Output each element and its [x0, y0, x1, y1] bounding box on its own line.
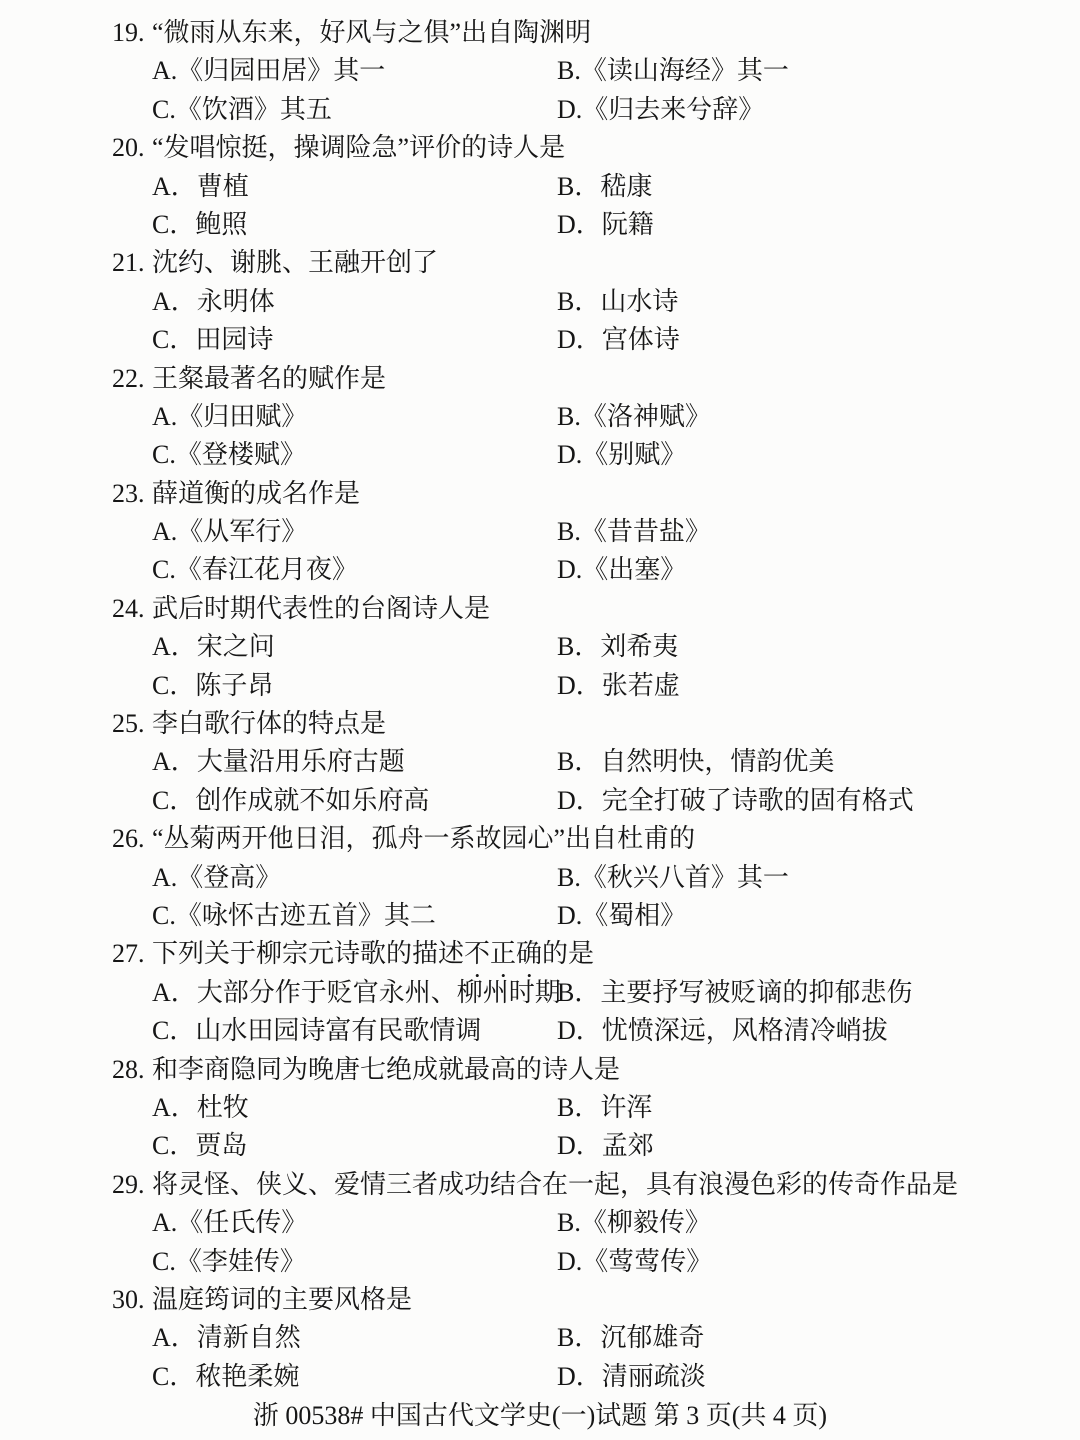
question-stem-row: 26. “丛菊两开他日泪，孤舟一系故园心”出自杜甫的: [0, 820, 1080, 858]
option-label: C．: [152, 210, 195, 239]
option-label: A.: [152, 863, 177, 892]
question-list: 19. “微雨从东来，好风与之俱”出自陶渊明 A.《归园田居》其一 B.《读山海…: [0, 14, 1080, 1396]
option-label: C．: [152, 325, 195, 354]
option-c: C.《春江花月夜》: [152, 551, 557, 589]
option-d: D.《蜀相》: [557, 897, 1080, 935]
option-label: B．: [557, 1323, 600, 1352]
option-b: B.《洛神赋》: [557, 398, 1080, 436]
option-label: A．: [152, 632, 197, 661]
option-grid: A.《归田赋》 B.《洛神赋》 C.《登楼赋》 D.《别赋》: [0, 398, 1080, 475]
option-c: C．陈子昂: [152, 667, 557, 705]
option-grid: A.《任氏传》 B.《柳毅传》 C.《李娃传》 D.《莺莺传》: [0, 1204, 1080, 1281]
option-label: A.: [152, 402, 177, 431]
option-text: 《任氏传》: [177, 1208, 307, 1237]
option-grid: A．清新自然 B．沉郁雄奇 C．秾艳柔婉 D．清丽疏淡: [0, 1319, 1080, 1396]
question-block: 22. 王粲最著名的赋作是 A.《归田赋》 B.《洛神赋》 C.《登楼赋》 D.…: [0, 360, 1080, 475]
option-text: 田园诗: [195, 325, 273, 354]
option-c: C．贾岛: [152, 1127, 557, 1165]
option-grid: A．曹植 B．嵇康 C．鲍照 D．阮籍: [0, 168, 1080, 245]
option-label: B．: [557, 632, 600, 661]
option-label: B.: [557, 1208, 581, 1237]
question-block: 25. 李白歌行体的特点是 A．大量沿用乐府古题 B．自然明快，情韵优美 C．创…: [0, 705, 1080, 820]
option-label: C.: [152, 440, 176, 469]
option-c: C.《李娃传》: [152, 1243, 557, 1281]
option-label: D．: [557, 671, 602, 700]
option-text: 《昔昔盐》: [581, 517, 711, 546]
question-block: 19. “微雨从东来，好风与之俱”出自陶渊明 A.《归园田居》其一 B.《读山海…: [0, 14, 1080, 129]
option-text: 《读山海经》其一: [581, 56, 789, 85]
option-label: D．: [557, 325, 602, 354]
option-c: C.《登楼赋》: [152, 436, 557, 474]
option-text: 陈子昂: [195, 671, 273, 700]
option-text: 曹植: [197, 172, 249, 201]
stem-text: 和李商隐同为晚唐七绝成就最高的诗人是: [152, 1055, 620, 1084]
option-label: D.: [557, 95, 582, 124]
question-stem-row: 30. 温庭筠词的主要风格是: [0, 1281, 1080, 1319]
option-text: 杜牧: [197, 1093, 249, 1122]
option-b: B．沉郁雄奇: [557, 1319, 1080, 1357]
option-c: C．山水田园诗富有民歌情调: [152, 1012, 557, 1050]
option-d: D.《别赋》: [557, 436, 1080, 474]
option-label: B.: [557, 517, 581, 546]
option-label: D.: [557, 1247, 582, 1276]
option-b: B.《昔昔盐》: [557, 513, 1080, 551]
option-c: C.《饮酒》其五: [152, 91, 557, 129]
option-label: A.: [152, 517, 177, 546]
option-text: 《归去来兮辞》: [582, 95, 764, 124]
stem-text: 武后时期代表性的台阁诗人是: [152, 594, 490, 623]
option-a: A．永明体: [152, 283, 557, 321]
option-text: 主要抒写被贬谪的抑郁悲伤: [600, 978, 912, 1007]
stem-text: 温庭筠词的主要风格是: [152, 1285, 412, 1314]
question-stem-row: 25. 李白歌行体的特点是: [0, 705, 1080, 743]
option-text: 《从军行》: [177, 517, 307, 546]
question-stem-row: 29. 将灵怪、侠义、爱情三者成功结合在一起，具有浪漫色彩的传奇作品是: [0, 1166, 1080, 1204]
stem-text: “微雨从东来，好风与之俱”出自陶渊明: [152, 18, 591, 47]
option-text: 孟郊: [602, 1131, 654, 1160]
option-label: A．: [152, 287, 197, 316]
stem-text: 下列关于柳宗元诗歌的描述: [152, 939, 464, 968]
option-text: 《归园田居》其一: [177, 56, 385, 85]
question-stem-row: 21. 沈约、谢朓、王融开创了: [0, 244, 1080, 282]
question-block: 24. 武后时期代表性的台阁诗人是 A．宋之问 B．刘希夷 C．陈子昂 D．张若…: [0, 590, 1080, 705]
option-d: D．忧愤深远，风格清冷峭拔: [557, 1012, 1080, 1050]
option-text: 《莺莺传》: [582, 1247, 712, 1276]
option-text: 《咏怀古迹五首》其二: [176, 901, 436, 930]
option-grid: A．大量沿用乐府古题 B．自然明快，情韵优美 C．创作成就不如乐府高 D．完全打…: [0, 743, 1080, 820]
option-label: C.: [152, 1247, 176, 1276]
option-grid: A．宋之问 B．刘希夷 C．陈子昂 D．张若虚: [0, 628, 1080, 705]
option-a: A．大量沿用乐府古题: [152, 743, 557, 781]
option-label: C．: [152, 1362, 195, 1391]
option-grid: A．永明体 B．山水诗 C．田园诗 D．宫体诗: [0, 283, 1080, 360]
option-text: 宫体诗: [602, 325, 680, 354]
option-d: D.《归去来兮辞》: [557, 91, 1080, 129]
footer-text: 浙 00538# 中国古代文学史(一)试题 第 3 页(共 4 页): [253, 1401, 827, 1430]
option-d: D．完全打破了诗歌的固有格式: [557, 782, 1080, 820]
option-text: 《蜀相》: [582, 901, 686, 930]
option-a: A．宋之问: [152, 628, 557, 666]
option-label: B.: [557, 56, 581, 85]
option-label: C.: [152, 95, 176, 124]
option-label: B.: [557, 402, 581, 431]
option-text: 秾艳柔婉: [195, 1362, 299, 1391]
stem-text: 王粲最著名的赋作是: [152, 364, 386, 393]
option-b: B．主要抒写被贬谪的抑郁悲伤: [557, 974, 1080, 1012]
option-text: 山水田园诗富有民歌情调: [195, 1016, 481, 1045]
stem-tail-text: 的是: [542, 939, 594, 968]
stem-emphasized-text: 不正确: [464, 939, 542, 968]
option-text: 《秋兴八首》其一: [581, 863, 789, 892]
question-number: 21.: [112, 244, 152, 282]
option-label: C.: [152, 901, 176, 930]
question-block: 29. 将灵怪、侠义、爱情三者成功结合在一起，具有浪漫色彩的传奇作品是 A.《任…: [0, 1166, 1080, 1281]
option-grid: A．大部分作于贬官永州、柳州时期 B．主要抒写被贬谪的抑郁悲伤 C．山水田园诗富…: [0, 974, 1080, 1051]
option-grid: A．杜牧 B．许浑 C．贾岛 D．孟郊: [0, 1089, 1080, 1166]
option-text: 永明体: [197, 287, 275, 316]
question-stem-row: 19. “微雨从东来，好风与之俱”出自陶渊明: [0, 14, 1080, 52]
option-d: D．阮籍: [557, 206, 1080, 244]
option-c: C．田园诗: [152, 321, 557, 359]
question-number: 20.: [112, 129, 152, 167]
option-text: 《洛神赋》: [581, 402, 711, 431]
question-block: 23. 薛道衡的成名作是 A.《从军行》 B.《昔昔盐》 C.《春江花月夜》 D…: [0, 475, 1080, 590]
option-label: B．: [557, 978, 600, 1007]
option-b: B.《柳毅传》: [557, 1204, 1080, 1242]
option-b: B．许浑: [557, 1089, 1080, 1127]
option-text: 张若虚: [602, 671, 680, 700]
option-label: C．: [152, 786, 195, 815]
question-stem-row: 23. 薛道衡的成名作是: [0, 475, 1080, 513]
option-label: D.: [557, 440, 582, 469]
option-text: 清丽疏淡: [602, 1362, 706, 1391]
option-label: A.: [152, 1208, 177, 1237]
option-text: 山水诗: [600, 287, 678, 316]
question-block: 27. 下列关于柳宗元诗歌的描述不正确的是 A．大部分作于贬官永州、柳州时期 B…: [0, 935, 1080, 1050]
option-label: A．: [152, 172, 197, 201]
option-text: 《春江花月夜》: [176, 555, 358, 584]
question-number: 19.: [112, 14, 152, 52]
option-label: C．: [152, 671, 195, 700]
question-stem-row: 20. “发唱惊挺，操调险急”评价的诗人是: [0, 129, 1080, 167]
stem-text: 李白歌行体的特点是: [152, 709, 386, 738]
option-text: 大部分作于贬官永州、柳州时期: [197, 978, 561, 1007]
option-text: 鲍照: [195, 210, 247, 239]
option-a: A．曹植: [152, 168, 557, 206]
option-text: 清新自然: [197, 1323, 301, 1352]
option-a: A.《登高》: [152, 859, 557, 897]
option-text: 《登高》: [177, 863, 281, 892]
option-d: D．宫体诗: [557, 321, 1080, 359]
option-text: 沉郁雄奇: [600, 1323, 704, 1352]
option-label: B.: [557, 863, 581, 892]
question-number: 25.: [112, 705, 152, 743]
question-number: 24.: [112, 590, 152, 628]
option-b: B.《秋兴八首》其一: [557, 859, 1080, 897]
option-d: D．孟郊: [557, 1127, 1080, 1165]
option-label: D．: [557, 210, 602, 239]
stem-text: “发唱惊挺，操调险急”评价的诗人是: [152, 133, 565, 162]
option-c: C．秾艳柔婉: [152, 1358, 557, 1396]
option-label: A.: [152, 56, 177, 85]
option-b: B．自然明快，情韵优美: [557, 743, 1080, 781]
option-grid: A.《登高》 B.《秋兴八首》其一 C.《咏怀古迹五首》其二 D.《蜀相》: [0, 859, 1080, 936]
option-grid: A.《从军行》 B.《昔昔盐》 C.《春江花月夜》 D.《出塞》: [0, 513, 1080, 590]
option-text: 完全打破了诗歌的固有格式: [602, 786, 914, 815]
option-text: 阮籍: [602, 210, 654, 239]
option-c: C．鲍照: [152, 206, 557, 244]
option-label: D．: [557, 1131, 602, 1160]
option-b: B．嵇康: [557, 168, 1080, 206]
option-label: C．: [152, 1016, 195, 1045]
option-text: 《归田赋》: [177, 402, 307, 431]
question-number: 29.: [112, 1166, 152, 1204]
option-a: A.《任氏传》: [152, 1204, 557, 1242]
stem-text: 将灵怪、侠义、爱情三者成功结合在一起，具有浪漫色彩的传奇作品是: [152, 1170, 958, 1199]
option-a: A.《从军行》: [152, 513, 557, 551]
question-block: 20. “发唱惊挺，操调险急”评价的诗人是 A．曹植 B．嵇康 C．鲍照 D．阮…: [0, 129, 1080, 244]
question-block: 30. 温庭筠词的主要风格是 A．清新自然 B．沉郁雄奇 C．秾艳柔婉 D．清丽…: [0, 1281, 1080, 1396]
option-label: D．: [557, 786, 602, 815]
option-label: A．: [152, 1323, 197, 1352]
option-text: 嵇康: [600, 172, 652, 201]
question-stem-row: 27. 下列关于柳宗元诗歌的描述不正确的是: [0, 935, 1080, 973]
question-block: 26. “丛菊两开他日泪，孤舟一系故园心”出自杜甫的 A.《登高》 B.《秋兴八…: [0, 820, 1080, 935]
option-d: D．张若虚: [557, 667, 1080, 705]
question-number: 28.: [112, 1051, 152, 1089]
question-block: 28. 和李商隐同为晚唐七绝成就最高的诗人是 A．杜牧 B．许浑 C．贾岛 D．…: [0, 1051, 1080, 1166]
stem-text: “丛菊两开他日泪，孤舟一系故园心”出自杜甫的: [152, 824, 695, 853]
option-label: C.: [152, 555, 176, 584]
option-c: C.《咏怀古迹五首》其二: [152, 897, 557, 935]
option-text: 刘希夷: [600, 632, 678, 661]
question-number: 22.: [112, 360, 152, 398]
option-a: A．清新自然: [152, 1319, 557, 1357]
option-text: 《登楼赋》: [176, 440, 306, 469]
option-a: A.《归田赋》: [152, 398, 557, 436]
option-text: 《饮酒》其五: [176, 95, 332, 124]
option-a: A.《归园田居》其一: [152, 52, 557, 90]
question-number: 30.: [112, 1281, 152, 1319]
stem-text: 沈约、谢朓、王融开创了: [152, 248, 438, 277]
option-text: 许浑: [600, 1093, 652, 1122]
option-text: 《别赋》: [582, 440, 686, 469]
option-text: 大量沿用乐府古题: [197, 747, 405, 776]
question-number: 27.: [112, 935, 152, 973]
page-footer: 浙 00538# 中国古代文学史(一)试题 第 3 页(共 4 页): [0, 1396, 1080, 1436]
option-text: 自然明快，情韵优美: [600, 747, 834, 776]
option-text: 贾岛: [195, 1131, 247, 1160]
question-number: 26.: [112, 820, 152, 858]
option-text: 《李娃传》: [176, 1247, 306, 1276]
option-text: 《出塞》: [582, 555, 686, 584]
stem-text: 薛道衡的成名作是: [152, 479, 360, 508]
option-a: A．大部分作于贬官永州、柳州时期: [152, 974, 557, 1012]
option-grid: A.《归园田居》其一 B.《读山海经》其一 C.《饮酒》其五 D.《归去来兮辞》: [0, 52, 1080, 129]
option-label: B．: [557, 287, 600, 316]
option-d: D.《莺莺传》: [557, 1243, 1080, 1281]
option-c: C．创作成就不如乐府高: [152, 782, 557, 820]
option-label: A．: [152, 747, 197, 776]
option-b: B.《读山海经》其一: [557, 52, 1080, 90]
option-label: B．: [557, 1093, 600, 1122]
option-label: A．: [152, 1093, 197, 1122]
question-number: 23.: [112, 475, 152, 513]
exam-page: 19. “微雨从东来，好风与之俱”出自陶渊明 A.《归园田居》其一 B.《读山海…: [0, 0, 1080, 1440]
option-label: D.: [557, 555, 582, 584]
option-b: B．山水诗: [557, 283, 1080, 321]
question-stem-row: 22. 王粲最著名的赋作是: [0, 360, 1080, 398]
option-text: 忧愤深远，风格清冷峭拔: [602, 1016, 888, 1045]
option-a: A．杜牧: [152, 1089, 557, 1127]
option-d: D.《出塞》: [557, 551, 1080, 589]
option-label: B．: [557, 747, 600, 776]
option-label: B．: [557, 172, 600, 201]
option-label: C．: [152, 1131, 195, 1160]
question-block: 21. 沈约、谢朓、王融开创了 A．永明体 B．山水诗 C．田园诗 D．宫体诗: [0, 244, 1080, 359]
option-label: D．: [557, 1016, 602, 1045]
option-b: B．刘希夷: [557, 628, 1080, 666]
option-text: 创作成就不如乐府高: [195, 786, 429, 815]
option-d: D．清丽疏淡: [557, 1358, 1080, 1396]
question-stem-row: 28. 和李商隐同为晚唐七绝成就最高的诗人是: [0, 1051, 1080, 1089]
question-stem-row: 24. 武后时期代表性的台阁诗人是: [0, 590, 1080, 628]
option-label: A．: [152, 978, 197, 1007]
option-text: 宋之问: [197, 632, 275, 661]
option-text: 《柳毅传》: [581, 1208, 711, 1237]
option-label: D.: [557, 901, 582, 930]
option-label: D．: [557, 1362, 602, 1391]
